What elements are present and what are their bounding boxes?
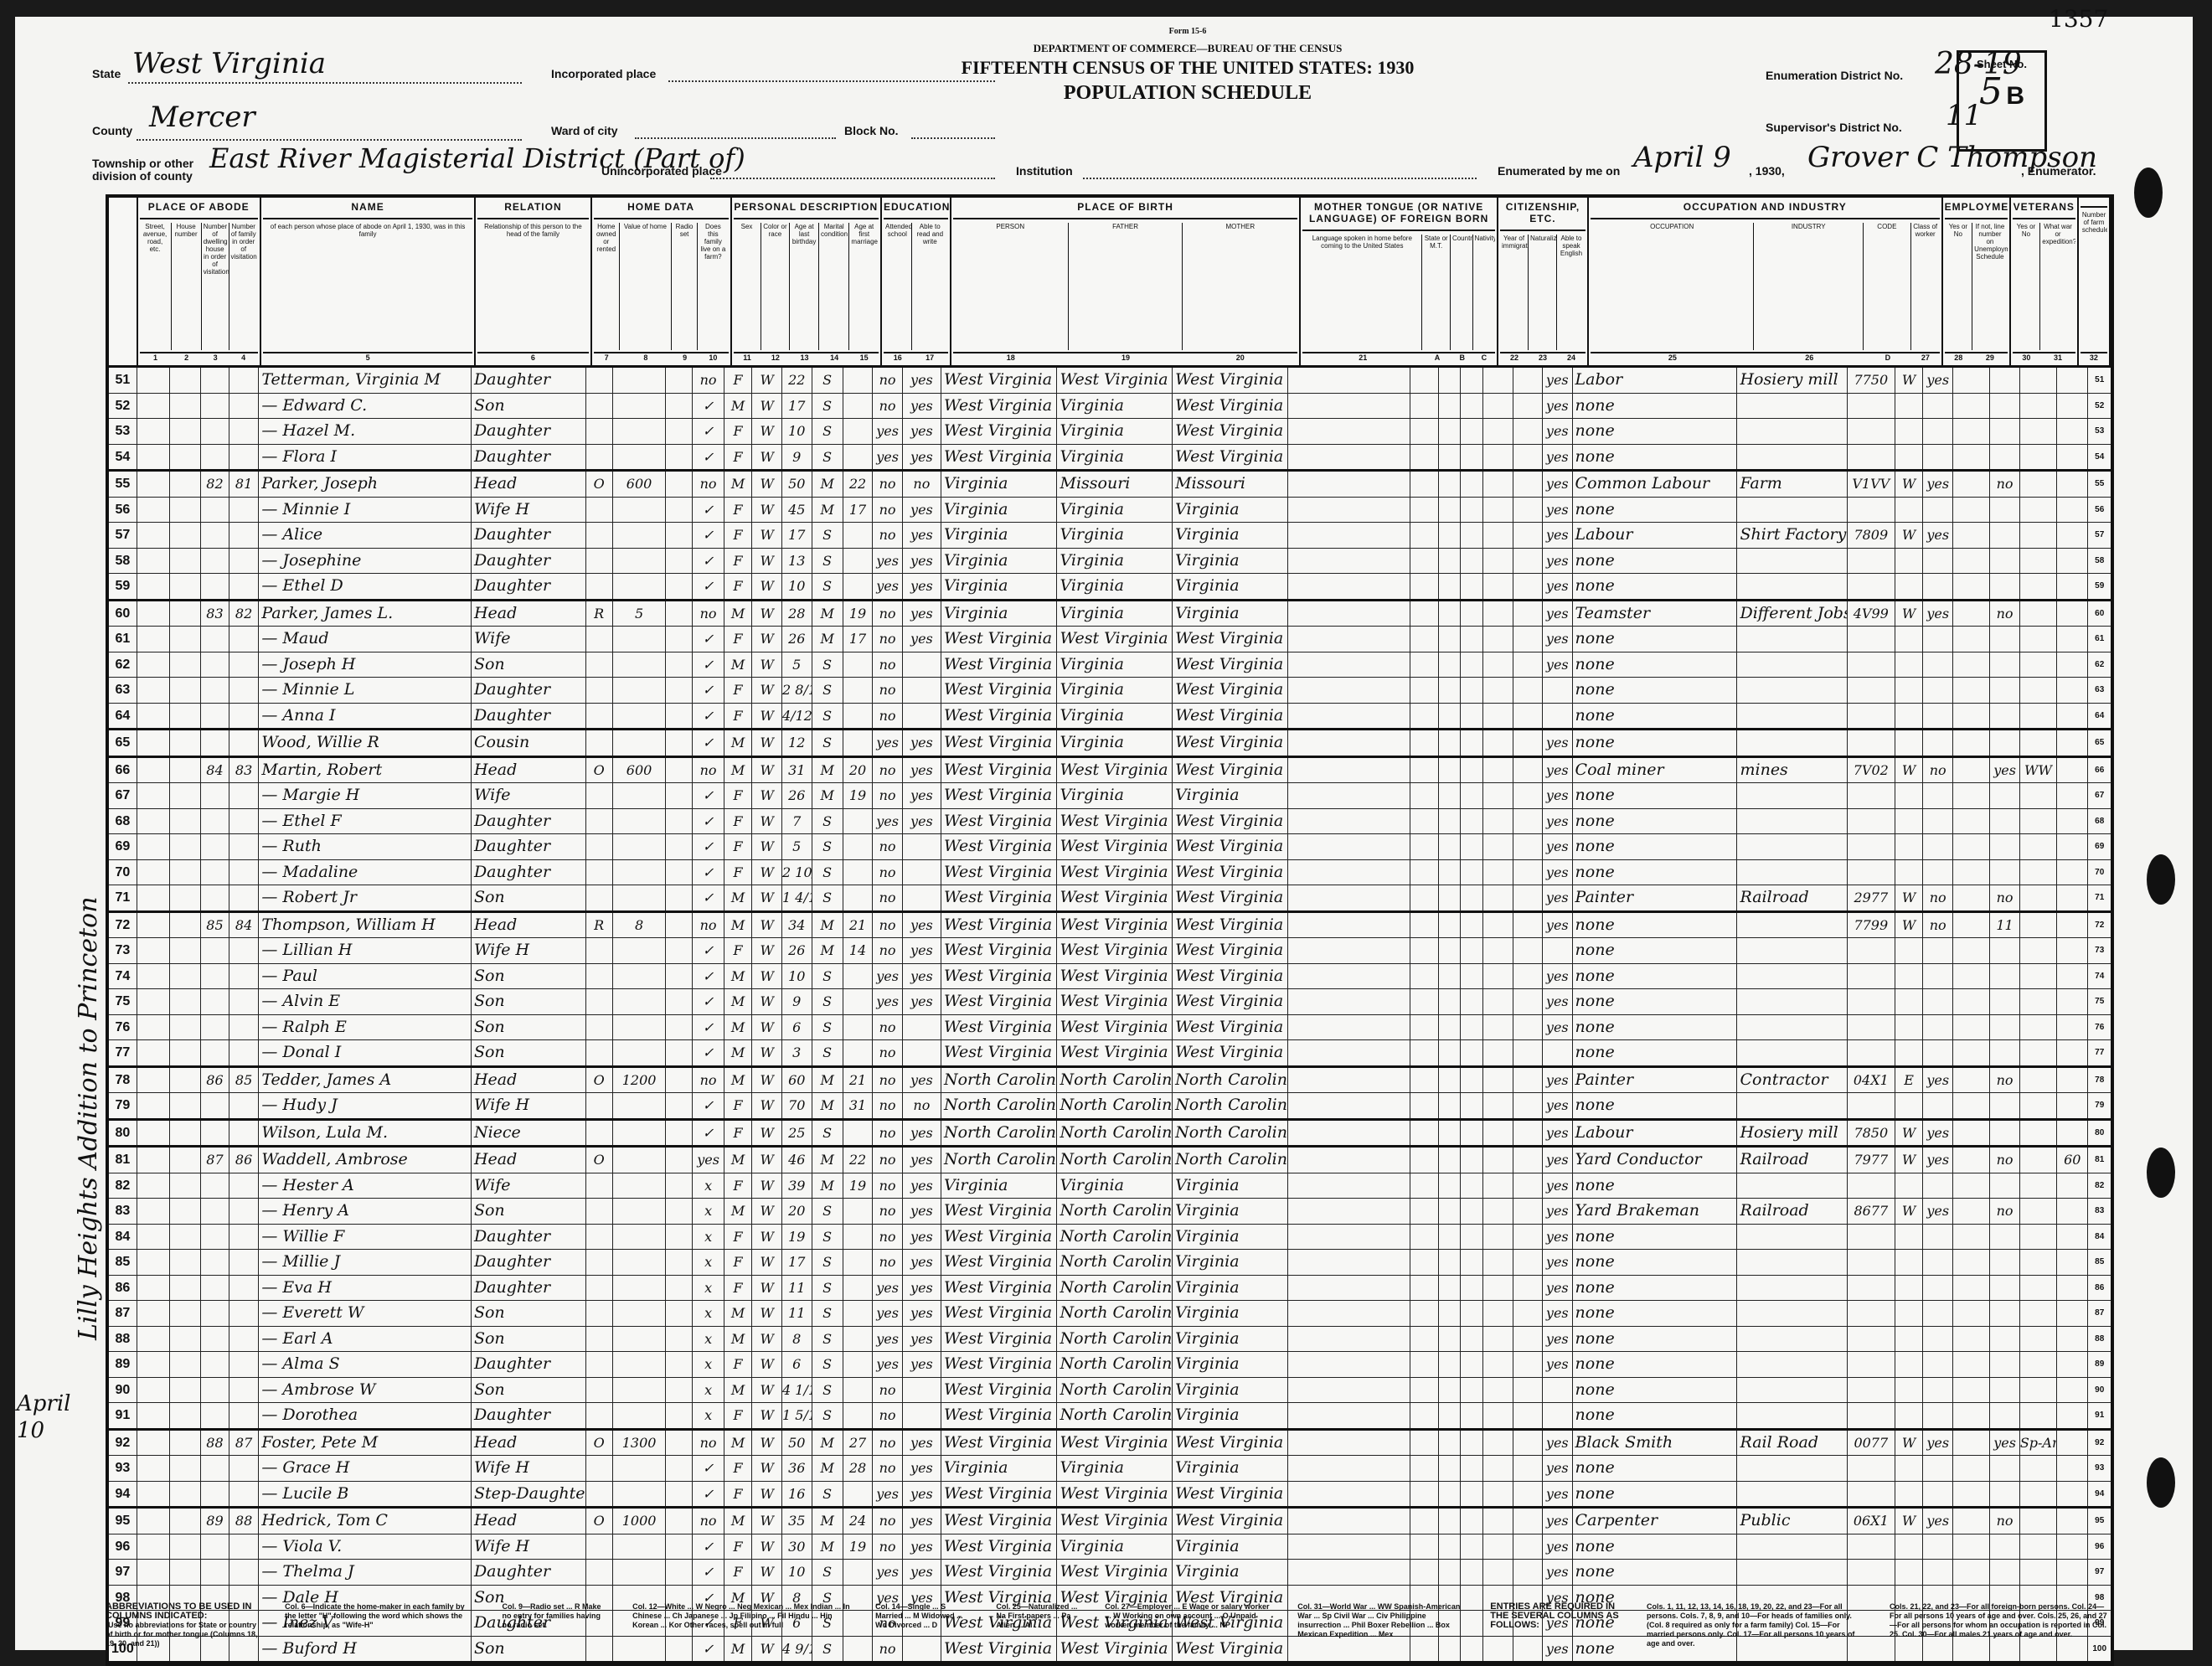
cell-agem (843, 523, 874, 548)
cell-occ: Labor (1573, 368, 1738, 393)
cell-own (586, 1040, 613, 1065)
cell-own: O (586, 1509, 613, 1534)
cell-sch: yes (873, 809, 903, 834)
cell-lang (1288, 783, 1410, 808)
cell-agem (843, 1327, 874, 1352)
cell-house (170, 1068, 201, 1093)
cell-mbp: West Virginia (1173, 860, 1288, 885)
cell-occ: none (1573, 1482, 1738, 1507)
cell-nat (1461, 1093, 1483, 1118)
cell-dw (201, 964, 229, 989)
cell-mbp: Virginia (1173, 523, 1288, 548)
table-row: 76— Ralph ESon✓MW6SnoWest VirginiaWest V… (109, 1015, 2111, 1041)
table-row: 82— Hester AWifexFW39M19noyesVirginiaVir… (109, 1173, 2111, 1199)
cell-occ: none (1573, 913, 1738, 938)
cell-line-right: 51 (2088, 368, 2111, 393)
cell-agem (843, 1040, 874, 1065)
cell-farm: no (693, 1509, 724, 1534)
cell-ocode (1848, 783, 1895, 808)
cell-val (613, 368, 667, 393)
cell-dw (201, 627, 229, 652)
cell-rel: Wife (472, 1173, 586, 1199)
cell-natz (1513, 445, 1544, 470)
cell-bp: North Carolina (941, 1068, 1058, 1093)
cell-bp: West Virginia (941, 652, 1058, 678)
cell-line-right: 90 (2088, 1378, 2111, 1403)
cell-imm (1483, 368, 1513, 393)
cell-fbp: West Virginia (1057, 627, 1173, 652)
cell-unemp (1953, 627, 1990, 652)
cell-radio (666, 1378, 693, 1403)
cell-house (170, 730, 201, 756)
cell-occ: Teamster (1573, 601, 1738, 627)
table-row: 77— Donal ISon✓MW3SnoWest VirginiaWest V… (109, 1040, 2111, 1068)
cell-read: yes (903, 1199, 941, 1224)
cell-val (613, 885, 667, 910)
cell-lang (1288, 601, 1410, 627)
cell-race: W (752, 1301, 782, 1326)
cell-fbp: West Virginia (1057, 1431, 1173, 1456)
cell-lang (1288, 1015, 1410, 1040)
header-column-label: Country (1451, 235, 1473, 350)
cell-mbp: Virginia (1173, 1456, 1288, 1481)
cell-eng: yes (1543, 1276, 1573, 1301)
cell-fbp: West Virginia (1057, 1040, 1173, 1065)
cell-fam (229, 1199, 260, 1224)
cell-dw (201, 419, 229, 444)
cell-st (1410, 1199, 1439, 1224)
column-number: 20 (1183, 353, 1297, 362)
cell-read: yes (903, 1352, 941, 1377)
cell-ocode: 8677 (1848, 1199, 1895, 1224)
cell-ind (1737, 1093, 1847, 1118)
cell-imm (1483, 652, 1513, 678)
cell-unemp (1953, 758, 1990, 783)
cell-read: yes (903, 1148, 941, 1173)
table-row: 65Wood, Willie RCousin✓MW12SyesyesWest V… (109, 730, 2111, 758)
cell-mbp: North Carolina (1173, 1148, 1288, 1173)
cell-house (170, 809, 201, 834)
cell-mar: M (812, 498, 843, 523)
cell-own: O (586, 758, 613, 783)
cell-sex: M (724, 601, 753, 627)
cell-eng: yes (1543, 989, 1573, 1014)
cell-name: — Earl A (259, 1327, 472, 1352)
cell-farm: no (693, 472, 724, 497)
column-number: 7 (594, 353, 620, 362)
table-row: 728584Thompson, William HHeadR8noMW34M21… (109, 913, 2111, 939)
cell-sex: M (724, 1199, 753, 1224)
cell-sch: no (873, 938, 903, 963)
cell-read (903, 860, 941, 885)
cell-emp: no (1923, 758, 1953, 783)
cell-occ: Coal miner (1573, 758, 1738, 783)
cell-house (170, 885, 201, 910)
cell-age: 17 (782, 1250, 812, 1275)
cell-age: 35 (782, 1509, 812, 1534)
cell-cty (1439, 783, 1462, 808)
cell-eng: yes (1543, 652, 1573, 678)
cell-read: yes (903, 1301, 941, 1326)
cell-lang (1288, 913, 1410, 938)
cell-val: 1300 (613, 1431, 667, 1456)
cell-cls (1895, 627, 1924, 652)
cell-farmsch (2057, 704, 2088, 729)
header-column-label: Number of farm schedule (2081, 211, 2107, 350)
cell-bp: West Virginia (941, 834, 1058, 859)
cell-natz (1513, 1093, 1544, 1118)
header-group-veterans: VETERANSYes or NoWhat war or expedition?… (2011, 198, 2079, 365)
cell-age: 6 (782, 1352, 812, 1377)
cell-lang (1288, 368, 1410, 393)
cell-radio (666, 938, 693, 963)
cell-war (2020, 601, 2057, 627)
cell-ind: Railroad (1737, 885, 1847, 910)
cell-sex: F (724, 1173, 753, 1199)
cell-war (2020, 860, 2057, 885)
cell-farmsch (2057, 1560, 2088, 1585)
cell-emp: yes (1923, 1148, 1953, 1173)
cell-radio (666, 1482, 693, 1507)
header-column-label: Class of worker (1911, 223, 1940, 350)
cell-bp: West Virginia (941, 1378, 1058, 1403)
cell-own (586, 938, 613, 963)
cell-read: yes (903, 1276, 941, 1301)
cell-street (137, 652, 170, 678)
cell-line: 66 (109, 758, 137, 783)
header-column-label: Sex (734, 223, 761, 350)
ward-label: Ward of city (551, 124, 618, 137)
cell-ocode: 7799 (1848, 913, 1895, 938)
cell-bp: West Virginia (941, 964, 1058, 989)
cell-radio (666, 1327, 693, 1352)
cell-read: yes (903, 574, 941, 599)
cell-imm (1483, 758, 1513, 783)
cell-bp: West Virginia (941, 627, 1058, 652)
cell-name: — Joseph H (259, 652, 472, 678)
header-column-label: Home owned or rented (594, 223, 620, 350)
cell-ocode (1848, 1534, 1895, 1560)
cell-line: 82 (109, 1173, 137, 1199)
cell-fbp: Virginia (1057, 419, 1173, 444)
cell-name: — Maud (259, 627, 472, 652)
cell-lang (1288, 1534, 1410, 1560)
cell-mar: M (812, 1456, 843, 1481)
table-row: 87— Everett WSonxMW11SyesyesWest Virgini… (109, 1301, 2111, 1327)
cell-cty (1439, 1352, 1462, 1377)
cell-rel: Wife H (472, 498, 586, 523)
cell-agem (843, 574, 874, 599)
cell-sch: yes (873, 574, 903, 599)
cell-line-right: 64 (2088, 704, 2111, 729)
cell-emp: no (1923, 913, 1953, 938)
cell-name: — Edward C. (259, 394, 472, 419)
footer-col14: Col. 14—Single ... S Married ... M Widow… (875, 1602, 971, 1648)
cell-farmsch (2057, 730, 2088, 756)
cell-st (1410, 1276, 1439, 1301)
cell-vet (1990, 1015, 2020, 1040)
cell-val (613, 445, 667, 470)
cell-read: yes (903, 758, 941, 783)
cell-cls (1895, 1327, 1924, 1352)
cell-nat (1461, 1015, 1483, 1040)
cell-lang (1288, 1121, 1410, 1146)
header-group-label: RELATION (477, 201, 588, 219)
cell-emp: yes (1923, 523, 1953, 548)
cell-name: — Everett W (259, 1301, 472, 1326)
cell-sch: no (873, 1121, 903, 1146)
cell-nat (1461, 938, 1483, 963)
cell-ocode: 7V02 (1848, 758, 1895, 783)
cell-name: — Lucile B (259, 1482, 472, 1507)
cell-name: — Minnie L (259, 678, 472, 703)
cell-cls: W (1895, 368, 1924, 393)
cell-eng: yes (1543, 809, 1573, 834)
cell-agem (843, 1301, 874, 1326)
column-number: 32 (2081, 353, 2107, 362)
column-number: D (1864, 353, 1912, 362)
cell-sex: F (724, 498, 753, 523)
cell-sch: no (873, 1534, 903, 1560)
cell-cls: W (1895, 1199, 1924, 1224)
cell-bp: North Carolina (941, 1093, 1058, 1118)
cell-race: W (752, 445, 782, 470)
header-column-label: Number of dwelling house in order of vis… (202, 223, 229, 350)
cell-sex: M (724, 1509, 753, 1534)
cell-read: yes (903, 523, 941, 548)
cell-fam (229, 989, 260, 1014)
cell-occ: none (1573, 989, 1738, 1014)
sheet-value: 5 (1979, 70, 2003, 113)
cell-agem (843, 885, 874, 910)
cell-mar: S (812, 574, 843, 599)
cell-sch: no (873, 758, 903, 783)
cell-race: W (752, 834, 782, 859)
cell-st (1410, 860, 1439, 885)
cell-own (586, 1121, 613, 1146)
cell-house (170, 1301, 201, 1326)
cell-mbp: Virginia (1173, 1173, 1288, 1199)
cell-house (170, 1148, 201, 1173)
cell-st (1410, 1482, 1439, 1507)
cell-dw: 88 (201, 1431, 229, 1456)
cell-unemp (1953, 652, 1990, 678)
header-group-place-of-abode: PLACE OF ABODEStreet, avenue, road, etc.… (138, 198, 261, 365)
table-row: 558281Parker, JosephHeadO600noMW50M22non… (109, 472, 2111, 498)
cell-vet (1990, 368, 2020, 393)
column-number: 6 (477, 353, 588, 362)
cell-war: Sp-Am (2020, 1431, 2057, 1456)
cell-imm (1483, 809, 1513, 834)
cell-farm: ✓ (693, 1121, 724, 1146)
cell-bp: Virginia (941, 498, 1058, 523)
cell-ind: Farm (1737, 472, 1847, 497)
cell-dw (201, 1378, 229, 1403)
cell-line: 96 (109, 1534, 137, 1560)
cell-name: Parker, James L. (259, 601, 472, 627)
cell-cls: W (1895, 913, 1924, 938)
cell-fam (229, 368, 260, 393)
cell-fbp: Virginia (1057, 783, 1173, 808)
cell-line-right: 71 (2088, 885, 2111, 910)
column-number: 22 (1500, 353, 1529, 362)
cell-name: Thompson, William H (259, 913, 472, 938)
cell-name: — Hudy J (259, 1093, 472, 1118)
cell-race: W (752, 549, 782, 574)
cell-fbp: West Virginia (1057, 989, 1173, 1014)
cell-line: 65 (109, 730, 137, 756)
cell-mbp: North Carolina (1173, 1093, 1288, 1118)
cell-mbp: West Virginia (1173, 704, 1288, 729)
cell-sex: F (724, 419, 753, 444)
cell-war (2020, 523, 2057, 548)
cell-house (170, 1456, 201, 1481)
cell-radio (666, 1068, 693, 1093)
cell-farmsch (2057, 652, 2088, 678)
cell-sex: F (724, 1093, 753, 1118)
cell-ind: Railroad (1737, 1199, 1847, 1224)
cell-age: 3 (782, 1040, 812, 1065)
cell-mbp: West Virginia (1173, 938, 1288, 963)
cell-unemp (1953, 523, 1990, 548)
cell-natz (1513, 574, 1544, 599)
cell-unemp (1953, 989, 1990, 1014)
cell-agem: 21 (843, 1068, 874, 1093)
cell-emp (1923, 1327, 1953, 1352)
cell-mbp: West Virginia (1173, 627, 1288, 652)
cell-ind (1737, 1327, 1847, 1352)
cell-line: 56 (109, 498, 137, 523)
cell-bp: West Virginia (941, 1431, 1058, 1456)
cell-sex: M (724, 1068, 753, 1093)
abbrev-title: ABBREVIATIONS TO BE USED IN COLUMNS INDI… (106, 1602, 260, 1621)
cell-sex: F (724, 627, 753, 652)
cell-war (2020, 1250, 2057, 1275)
cell-age: 5 (782, 834, 812, 859)
cell-eng: yes (1543, 1015, 1573, 1040)
cell-sex: F (724, 1121, 753, 1146)
sheet-label: Sheet No. (1959, 58, 2044, 70)
cell-nat (1461, 1378, 1483, 1403)
cell-war (2020, 1352, 2057, 1377)
cell-sex: F (724, 1276, 753, 1301)
cell-name: Wilson, Lula M. (259, 1121, 472, 1146)
cell-own (586, 885, 613, 910)
cell-eng: yes (1543, 1093, 1573, 1118)
cell-lang (1288, 1276, 1410, 1301)
cell-cty (1439, 419, 1462, 444)
cell-mbp: West Virginia (1173, 730, 1288, 756)
cell-fam (229, 938, 260, 963)
cell-mar: M (812, 783, 843, 808)
cell-farmsch (2057, 549, 2088, 574)
cell-st (1410, 419, 1439, 444)
cell-street (137, 1327, 170, 1352)
cell-emp (1923, 834, 1953, 859)
cell-st (1410, 472, 1439, 497)
cell-nat (1461, 627, 1483, 652)
cell-natz (1513, 678, 1544, 703)
cell-farmsch (2057, 860, 2088, 885)
cell-fbp: North Carolina (1057, 1276, 1173, 1301)
cell-lang (1288, 730, 1410, 756)
cell-imm (1483, 1121, 1513, 1146)
cell-street (137, 472, 170, 497)
cell-ind (1737, 1378, 1847, 1403)
cell-mar: S (812, 1199, 843, 1224)
cell-nat (1461, 368, 1483, 393)
cell-rel: Daughter (472, 809, 586, 834)
cell-read: yes (903, 964, 941, 989)
cell-street (137, 1093, 170, 1118)
cell-read: yes (903, 1225, 941, 1250)
cell-age: 26 (782, 627, 812, 652)
cell-mar: S (812, 1301, 843, 1326)
header-column-label: Nativity (1473, 235, 1495, 350)
cell-st (1410, 783, 1439, 808)
cell-farm: x (693, 1301, 724, 1326)
cell-read (903, 1015, 941, 1040)
cell-occ: none (1573, 574, 1738, 599)
cell-ocode: V1VV (1848, 472, 1895, 497)
sheet-side: B (2006, 82, 2024, 110)
cell-mar: M (812, 627, 843, 652)
cell-race: W (752, 1148, 782, 1173)
cell-imm (1483, 678, 1513, 703)
cell-fbp: North Carolina (1057, 1301, 1173, 1326)
cell-race: W (752, 601, 782, 627)
cell-vet: no (1990, 1068, 2020, 1093)
cell-eng (1543, 1403, 1573, 1428)
cell-occ: none (1573, 809, 1738, 834)
cell-ind (1737, 419, 1847, 444)
header-column-label: Yes or No (1945, 223, 1973, 350)
cell-cls: W (1895, 885, 1924, 910)
footer-col9: Col. 9—Radio set ... R Make no entry for… (503, 1602, 608, 1648)
cell-eng: yes (1543, 1301, 1573, 1326)
cell-cls (1895, 1482, 1924, 1507)
cell-cty (1439, 1509, 1462, 1534)
cell-line: 51 (109, 368, 137, 393)
cell-ocode: 7977 (1848, 1148, 1895, 1173)
cell-imm (1483, 913, 1513, 938)
cell-lang (1288, 1403, 1410, 1428)
cell-unemp (1953, 394, 1990, 419)
cell-radio (666, 1250, 693, 1275)
cell-imm (1483, 601, 1513, 627)
cell-radio (666, 1431, 693, 1456)
cell-mbp: West Virginia (1173, 1431, 1288, 1456)
cell-race: W (752, 652, 782, 678)
cell-war (2020, 1068, 2057, 1093)
cell-name: — Josephine (259, 549, 472, 574)
cell-emp (1923, 1482, 1953, 1507)
cell-war (2020, 368, 2057, 393)
cell-war (2020, 1509, 2057, 1534)
cell-vet (1990, 1040, 2020, 1065)
cell-nat (1461, 1534, 1483, 1560)
cell-cty (1439, 1560, 1462, 1585)
cell-unemp (1953, 1482, 1990, 1507)
cell-vet: no (1990, 601, 2020, 627)
cell-imm (1483, 627, 1513, 652)
cell-vet (1990, 834, 2020, 859)
cell-radio (666, 1403, 693, 1428)
cell-agem (843, 652, 874, 678)
table-row: 71— Robert JrSon✓MW1 4/12SnoWest Virgini… (109, 885, 2111, 913)
cell-occ: Carpenter (1573, 1509, 1738, 1534)
cell-occ: none (1573, 938, 1738, 963)
